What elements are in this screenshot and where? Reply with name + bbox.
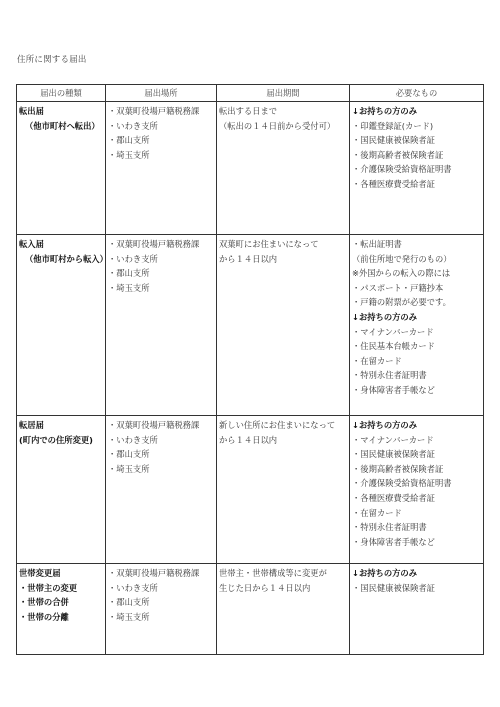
required-item: ・介護保険受給資格証明書 bbox=[352, 476, 482, 491]
required-item: ・パスポート・戸籍抄本 bbox=[352, 281, 482, 296]
period-line: 生じた日から１４日以内 bbox=[219, 581, 348, 596]
place-item: ・双葉町役場戸籍税務課 bbox=[108, 104, 215, 119]
cell-period: 世帯主・世帯構成等に変更が 生じた日から１４日以内 bbox=[217, 564, 350, 655]
table-row-relocation: 転居届 (町内での住所変更) ・双葉町役場戸籍税務課 ・いわき支所 ・郡山支所 … bbox=[17, 416, 484, 564]
header-place: 届出場所 bbox=[106, 85, 217, 102]
type-note: （他市町村から転入） bbox=[19, 252, 104, 267]
period-line: （転出の１４日前から受付可） bbox=[219, 119, 348, 134]
required-item: ・後期高齢者被保険者証 bbox=[352, 462, 482, 477]
type-name: 世帯変更届 bbox=[19, 566, 104, 581]
header-type: 届出の種類 bbox=[17, 85, 106, 102]
place-item: ・双葉町役場戸籍税務課 bbox=[108, 418, 215, 433]
required-item: ・特別永住者証明書 bbox=[352, 520, 482, 535]
cell-required: ↓お持ちの方のみ ・印鑑登録証(カード) ・国民健康被保険者証 ・後期高齢者被保… bbox=[350, 102, 484, 235]
type-subitem: ・世帯の分離 bbox=[19, 610, 104, 625]
place-item: ・郡山支所 bbox=[108, 447, 215, 462]
header-period: 届出期間 bbox=[217, 85, 350, 102]
cell-type: 転入届 （他市町村から転入） bbox=[17, 235, 106, 416]
cell-place: ・双葉町役場戸籍税務課 ・いわき支所 ・郡山支所 ・埼玉支所 bbox=[106, 416, 217, 564]
period-line: 世帯主・世帯構成等に変更が bbox=[219, 566, 348, 581]
type-note: (町内での住所変更) bbox=[19, 433, 104, 448]
required-item: ・介護保険受給資格証明書 bbox=[352, 162, 482, 177]
period-line: 双葉町にお住まいになって bbox=[219, 237, 348, 252]
cell-place: ・双葉町役場戸籍税務課 ・いわき支所 ・郡山支所 ・埼玉支所 bbox=[106, 564, 217, 655]
place-item: ・埼玉支所 bbox=[108, 462, 215, 477]
place-item: ・埼玉支所 bbox=[108, 281, 215, 296]
period-line: から１４日以内 bbox=[219, 433, 348, 448]
notification-table: 届出の種類 届出場所 届出期間 必要なもの 転出届 （他市町村へ転出） ・双葉町… bbox=[16, 84, 484, 655]
required-item: ・国民健康被保険者証 bbox=[352, 447, 482, 462]
type-name: 転出届 bbox=[19, 104, 104, 119]
place-item: ・いわき支所 bbox=[108, 581, 215, 596]
required-heading: ↓お持ちの方のみ bbox=[352, 566, 482, 581]
required-item: ・各種医療費受給者証 bbox=[352, 177, 482, 192]
cell-period: 双葉町にお住まいになって から１４日以内 bbox=[217, 235, 350, 416]
place-item: ・埼玉支所 bbox=[108, 148, 215, 163]
required-item: ・マイナンバーカード bbox=[352, 325, 482, 340]
period-line: 新しい住所にお住まいになって bbox=[219, 418, 348, 433]
required-item: ・在留カード bbox=[352, 354, 482, 369]
period-line: から１４日以内 bbox=[219, 252, 348, 267]
type-subitem: ・世帯の合併 bbox=[19, 595, 104, 610]
place-item: ・郡山支所 bbox=[108, 595, 215, 610]
required-item: ・後期高齢者被保険者証 bbox=[352, 148, 482, 163]
required-item: ・戸籍の附票が必要です。 bbox=[352, 295, 482, 310]
place-item: ・双葉町役場戸籍税務課 bbox=[108, 566, 215, 581]
cell-place: ・双葉町役場戸籍税務課 ・いわき支所 ・郡山支所 ・埼玉支所 bbox=[106, 235, 217, 416]
type-name: 転居届 bbox=[19, 418, 104, 433]
required-item: ・国民健康被保険者証 bbox=[352, 133, 482, 148]
place-item: ・郡山支所 bbox=[108, 133, 215, 148]
table-header-row: 届出の種類 届出場所 届出期間 必要なもの bbox=[17, 85, 484, 102]
place-item: ・郡山支所 bbox=[108, 266, 215, 281]
required-item: （前住所地で発行のもの） bbox=[352, 252, 482, 267]
cell-type: 転居届 (町内での住所変更) bbox=[17, 416, 106, 564]
type-name: 転入届 bbox=[19, 237, 104, 252]
cell-type: 世帯変更届 ・世帯主の変更 ・世帯の合併 ・世帯の分離 bbox=[17, 564, 106, 655]
cell-type: 転出届 （他市町村へ転出） bbox=[17, 102, 106, 235]
place-item: ・いわき支所 bbox=[108, 119, 215, 134]
required-item: ・マイナンバーカード bbox=[352, 433, 482, 448]
place-item: ・いわき支所 bbox=[108, 433, 215, 448]
required-item: ・身体障害者手帳など bbox=[352, 535, 482, 550]
required-item: ・転出証明書 bbox=[352, 237, 482, 252]
cell-required: ・転出証明書 （前住所地で発行のもの） ※外国からの転入の際には ・パスポート・… bbox=[350, 235, 484, 416]
period-line: 転出する日まで bbox=[219, 104, 348, 119]
required-item: ・住民基本台帳カード bbox=[352, 339, 482, 354]
required-heading: ↓お持ちの方のみ bbox=[352, 104, 482, 119]
header-required: 必要なもの bbox=[350, 85, 484, 102]
cell-place: ・双葉町役場戸籍税務課 ・いわき支所 ・郡山支所 ・埼玉支所 bbox=[106, 102, 217, 235]
place-item: ・いわき支所 bbox=[108, 252, 215, 267]
required-heading: ↓お持ちの方のみ bbox=[352, 418, 482, 433]
type-note: （他市町村へ転出） bbox=[19, 119, 104, 134]
required-heading: ↓お持ちの方のみ bbox=[352, 310, 482, 325]
cell-required: ↓お持ちの方のみ ・国民健康被保険者証 bbox=[350, 564, 484, 655]
document-title: 住所に関する届出 bbox=[17, 53, 87, 65]
required-item: ・国民健康被保険者証 bbox=[352, 581, 482, 596]
required-note: ※外国からの転入の際には bbox=[352, 266, 482, 281]
place-item: ・双葉町役場戸籍税務課 bbox=[108, 237, 215, 252]
required-item: ・印鑑登録証(カード) bbox=[352, 119, 482, 134]
cell-period: 新しい住所にお住まいになって から１４日以内 bbox=[217, 416, 350, 564]
type-subitem: ・世帯主の変更 bbox=[19, 581, 104, 596]
table-row-move-out: 転出届 （他市町村へ転出） ・双葉町役場戸籍税務課 ・いわき支所 ・郡山支所 ・… bbox=[17, 102, 484, 235]
place-item: ・埼玉支所 bbox=[108, 610, 215, 625]
table-row-household-change: 世帯変更届 ・世帯主の変更 ・世帯の合併 ・世帯の分離 ・双葉町役場戸籍税務課 … bbox=[17, 564, 484, 655]
required-item: ・在留カード bbox=[352, 506, 482, 521]
cell-period: 転出する日まで （転出の１４日前から受付可） bbox=[217, 102, 350, 235]
table-row-move-in: 転入届 （他市町村から転入） ・双葉町役場戸籍税務課 ・いわき支所 ・郡山支所 … bbox=[17, 235, 484, 416]
cell-required: ↓お持ちの方のみ ・マイナンバーカード ・国民健康被保険者証 ・後期高齢者被保険… bbox=[350, 416, 484, 564]
required-item: ・身体障害者手帳など bbox=[352, 383, 482, 398]
required-item: ・各種医療費受給者証 bbox=[352, 491, 482, 506]
required-item: ・特別永住者証明書 bbox=[352, 368, 482, 383]
